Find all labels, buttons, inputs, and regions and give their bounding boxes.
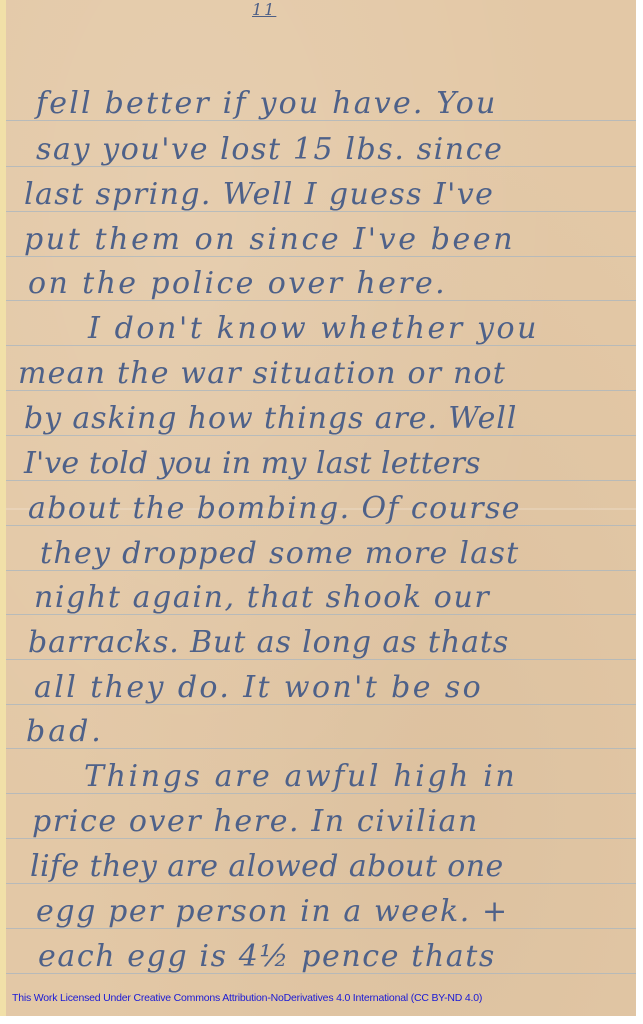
handwritten-line: night again, that shook our: [34, 580, 490, 615]
handwritten-line: all they do. It won't be so: [34, 670, 483, 705]
handwritten-line: by asking how things are. Well: [24, 401, 517, 436]
handwritten-line: fell better if you have. You: [36, 86, 498, 121]
handwritten-line: barracks. But as long as thats: [28, 625, 509, 660]
license-notice: This Work Licensed Under Creative Common…: [12, 992, 482, 1004]
handwritten-line: I've told you in my last letters: [24, 446, 481, 481]
letter-page: 11 fell better if you have. You say you'…: [0, 0, 636, 1016]
handwritten-line: life they are alowed about one: [30, 849, 504, 884]
handwritten-line: put them on since I've been: [24, 222, 515, 257]
handwritten-line: say you've lost 15 lbs. since: [36, 132, 503, 167]
handwritten-line: on the police over here.: [28, 266, 447, 301]
handwritten-line: Things are awful high in: [84, 759, 517, 794]
handwritten-line: bad.: [26, 714, 104, 749]
handwritten-line: mean the war situation or not: [18, 356, 506, 391]
page-number: 11: [252, 0, 276, 19]
handwritten-line: each egg is 4½ pence thats: [38, 939, 496, 974]
handwritten-line: last spring. Well I guess I've: [24, 177, 494, 212]
handwritten-line: they dropped some more last: [40, 536, 520, 571]
handwritten-line: about the bombing. Of course: [28, 491, 521, 526]
handwritten-line: price over here. In civilian: [32, 804, 479, 839]
handwritten-line: I don't know whether you: [88, 311, 539, 346]
handwritten-line: egg per person in a week. +: [36, 894, 509, 929]
